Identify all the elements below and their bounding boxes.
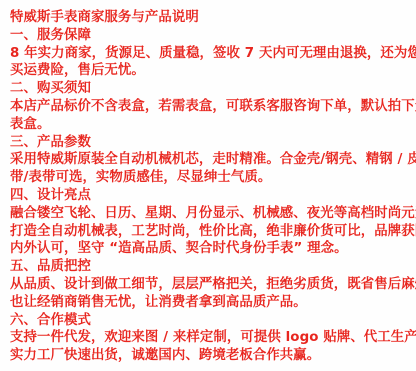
section-heading-design-highlights: 四、设计亮点 [10, 187, 410, 205]
section-heading-service-guarantee: 一、服务保障 [10, 27, 410, 45]
text-line: 表盒。 [10, 116, 410, 134]
text-line: 本店产品标价不含表盒，若需表盒，可联系客服咨询下单，默认拍下无 [10, 98, 410, 116]
section-heading-purchase-notes: 二、购买须知 [10, 80, 410, 98]
text-line: 也让经销商销售无忧，让消费者拿到高品质产品。 [10, 294, 410, 312]
text-line: 实力工厂快速出货，诚邀国内、跨境老板合作共赢。 [10, 347, 410, 365]
text-line: 支持一件代发，欢迎来图 / 来样定制，可提供 logo 贴牌、代工生产服务 [10, 329, 410, 347]
text-line: 买运费险，售后无忧。 [10, 62, 410, 80]
text-line: 8 年实力商家，货源足、质量稳，签收 7 天内可无理由退换，还为您购 [10, 45, 410, 63]
text-line: 从品质、设计到做工细节，层层严格把关，拒绝劣质货，既省售后麻烦 [10, 276, 410, 294]
text-line: 打造全自动机械表，工艺时尚，性价比高，绝非廉价货可比，品牌获国 [10, 223, 410, 241]
section-heading-cooperation-mode: 六、合作模式 [10, 312, 410, 330]
section-heading-quality-control: 五、品质把控 [10, 258, 410, 276]
text-line: 采用特威斯原装全自动机械机芯，走时精准。合金壳/钢壳、精钢 / 皮 [10, 151, 410, 169]
section-heading-product-specs: 三、产品参数 [10, 134, 410, 152]
text-line: 融合镂空飞轮、日历、星期、月份显示、机械感、夜光等高档时尚元素 [10, 205, 410, 223]
product-description-document: 特威斯手表商家服务与产品说明 一、服务保障 8 年实力商家，货源足、质量稳，签收… [0, 0, 416, 371]
text-line: 内外认可，坚守 “造高品质、契合时代身份手表” 理念。 [10, 240, 410, 258]
page-title: 特威斯手表商家服务与产品说明 [10, 9, 410, 27]
text-line: 带/表带可选，实物质感佳，尽显绅士气质。 [10, 169, 410, 187]
